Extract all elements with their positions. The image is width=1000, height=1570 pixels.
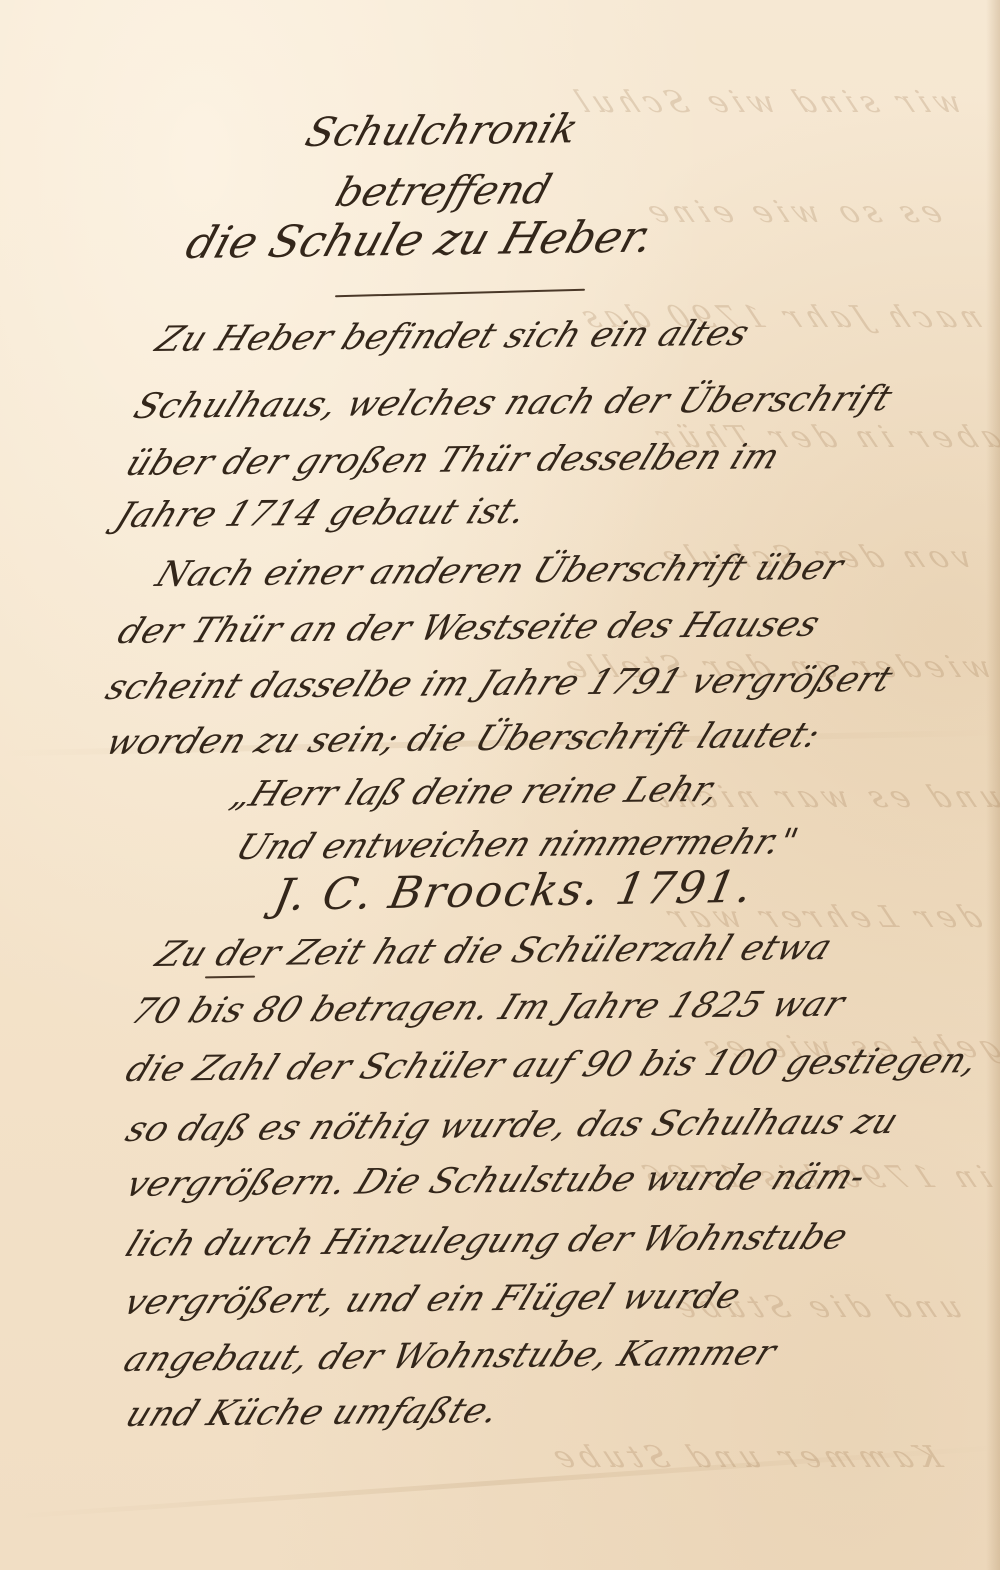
paragraph-3-line-2: 70 bis 80 betragen. Im Jahre 1825 war — [125, 985, 851, 1032]
title-line-1: Schulchronik — [300, 106, 584, 156]
paragraph-3-line-5: vergrößern. Die Schulstube wurde näm- — [120, 1157, 872, 1205]
bleed-through-line: wir sind wie Schul — [563, 85, 968, 120]
page-title: die Schule zu Heber. — [180, 212, 660, 269]
title-line-2: betreffend — [330, 167, 557, 216]
paragraph-3-line-7: vergrößert, und ein Flügel wurde — [118, 1277, 747, 1323]
bleed-through-line: Kammer und Stube — [541, 1440, 948, 1475]
paragraph-2-line-4: worden zu sein; die Überschrift lautet: — [100, 716, 826, 763]
inscription-verse-line-1: „Herr laß deine reine Lehr, — [225, 770, 726, 815]
paragraph-3-line-6: lich durch Hinzulegung der Wohnstube — [120, 1218, 854, 1265]
underline-mark-der — [205, 976, 255, 979]
paragraph-3-line-9: und Küche umfaßte. — [120, 1391, 506, 1435]
manuscript-page: wir sind wie Schul es so wie eine nach J… — [0, 0, 1000, 1570]
paragraph-3-line-4: so daß es nöthig wurde, das Schulhaus zu — [120, 1102, 904, 1150]
paragraph-1-line-2: Schulhaus, welches nach der Überschrift — [128, 379, 898, 427]
paragraph-1-line-3: über der großen Thür desselben im — [120, 437, 786, 484]
bleed-through-line: es so wie eine — [635, 195, 948, 230]
paragraph-2-line-1: Nach einer anderen Überschrift über — [150, 548, 849, 595]
paragraph-1-line-1: Zu Heber befindet sich ein altes — [150, 314, 755, 360]
paragraph-2-line-2: der Thür an der Westseite des Hauses — [112, 605, 826, 652]
paper-edge-shadow — [986, 0, 1000, 1570]
inscription-verse-line-2: Und entweichen nimmermehr." — [230, 822, 803, 868]
title-divider-rule — [335, 289, 585, 298]
paragraph-3-line-8: angebaut, der Wohnstube, Kammer — [118, 1333, 782, 1380]
paragraph-2-line-3: scheint dasselbe im Jahre 1791 vergrößer… — [100, 660, 899, 708]
paper-fold-crease — [1, 1445, 999, 1520]
paragraph-3-line-1: Zu der Zeit hat die Schülerzahl etwa — [150, 928, 838, 975]
paragraph-1-line-4: Jahre 1714 gebaut ist. — [110, 492, 533, 536]
inscription-signature: J. C. Broocks. 1791. — [270, 862, 758, 921]
paragraph-3-line-3: die Zahl der Schüler auf 90 bis 100 gest… — [120, 1041, 985, 1090]
